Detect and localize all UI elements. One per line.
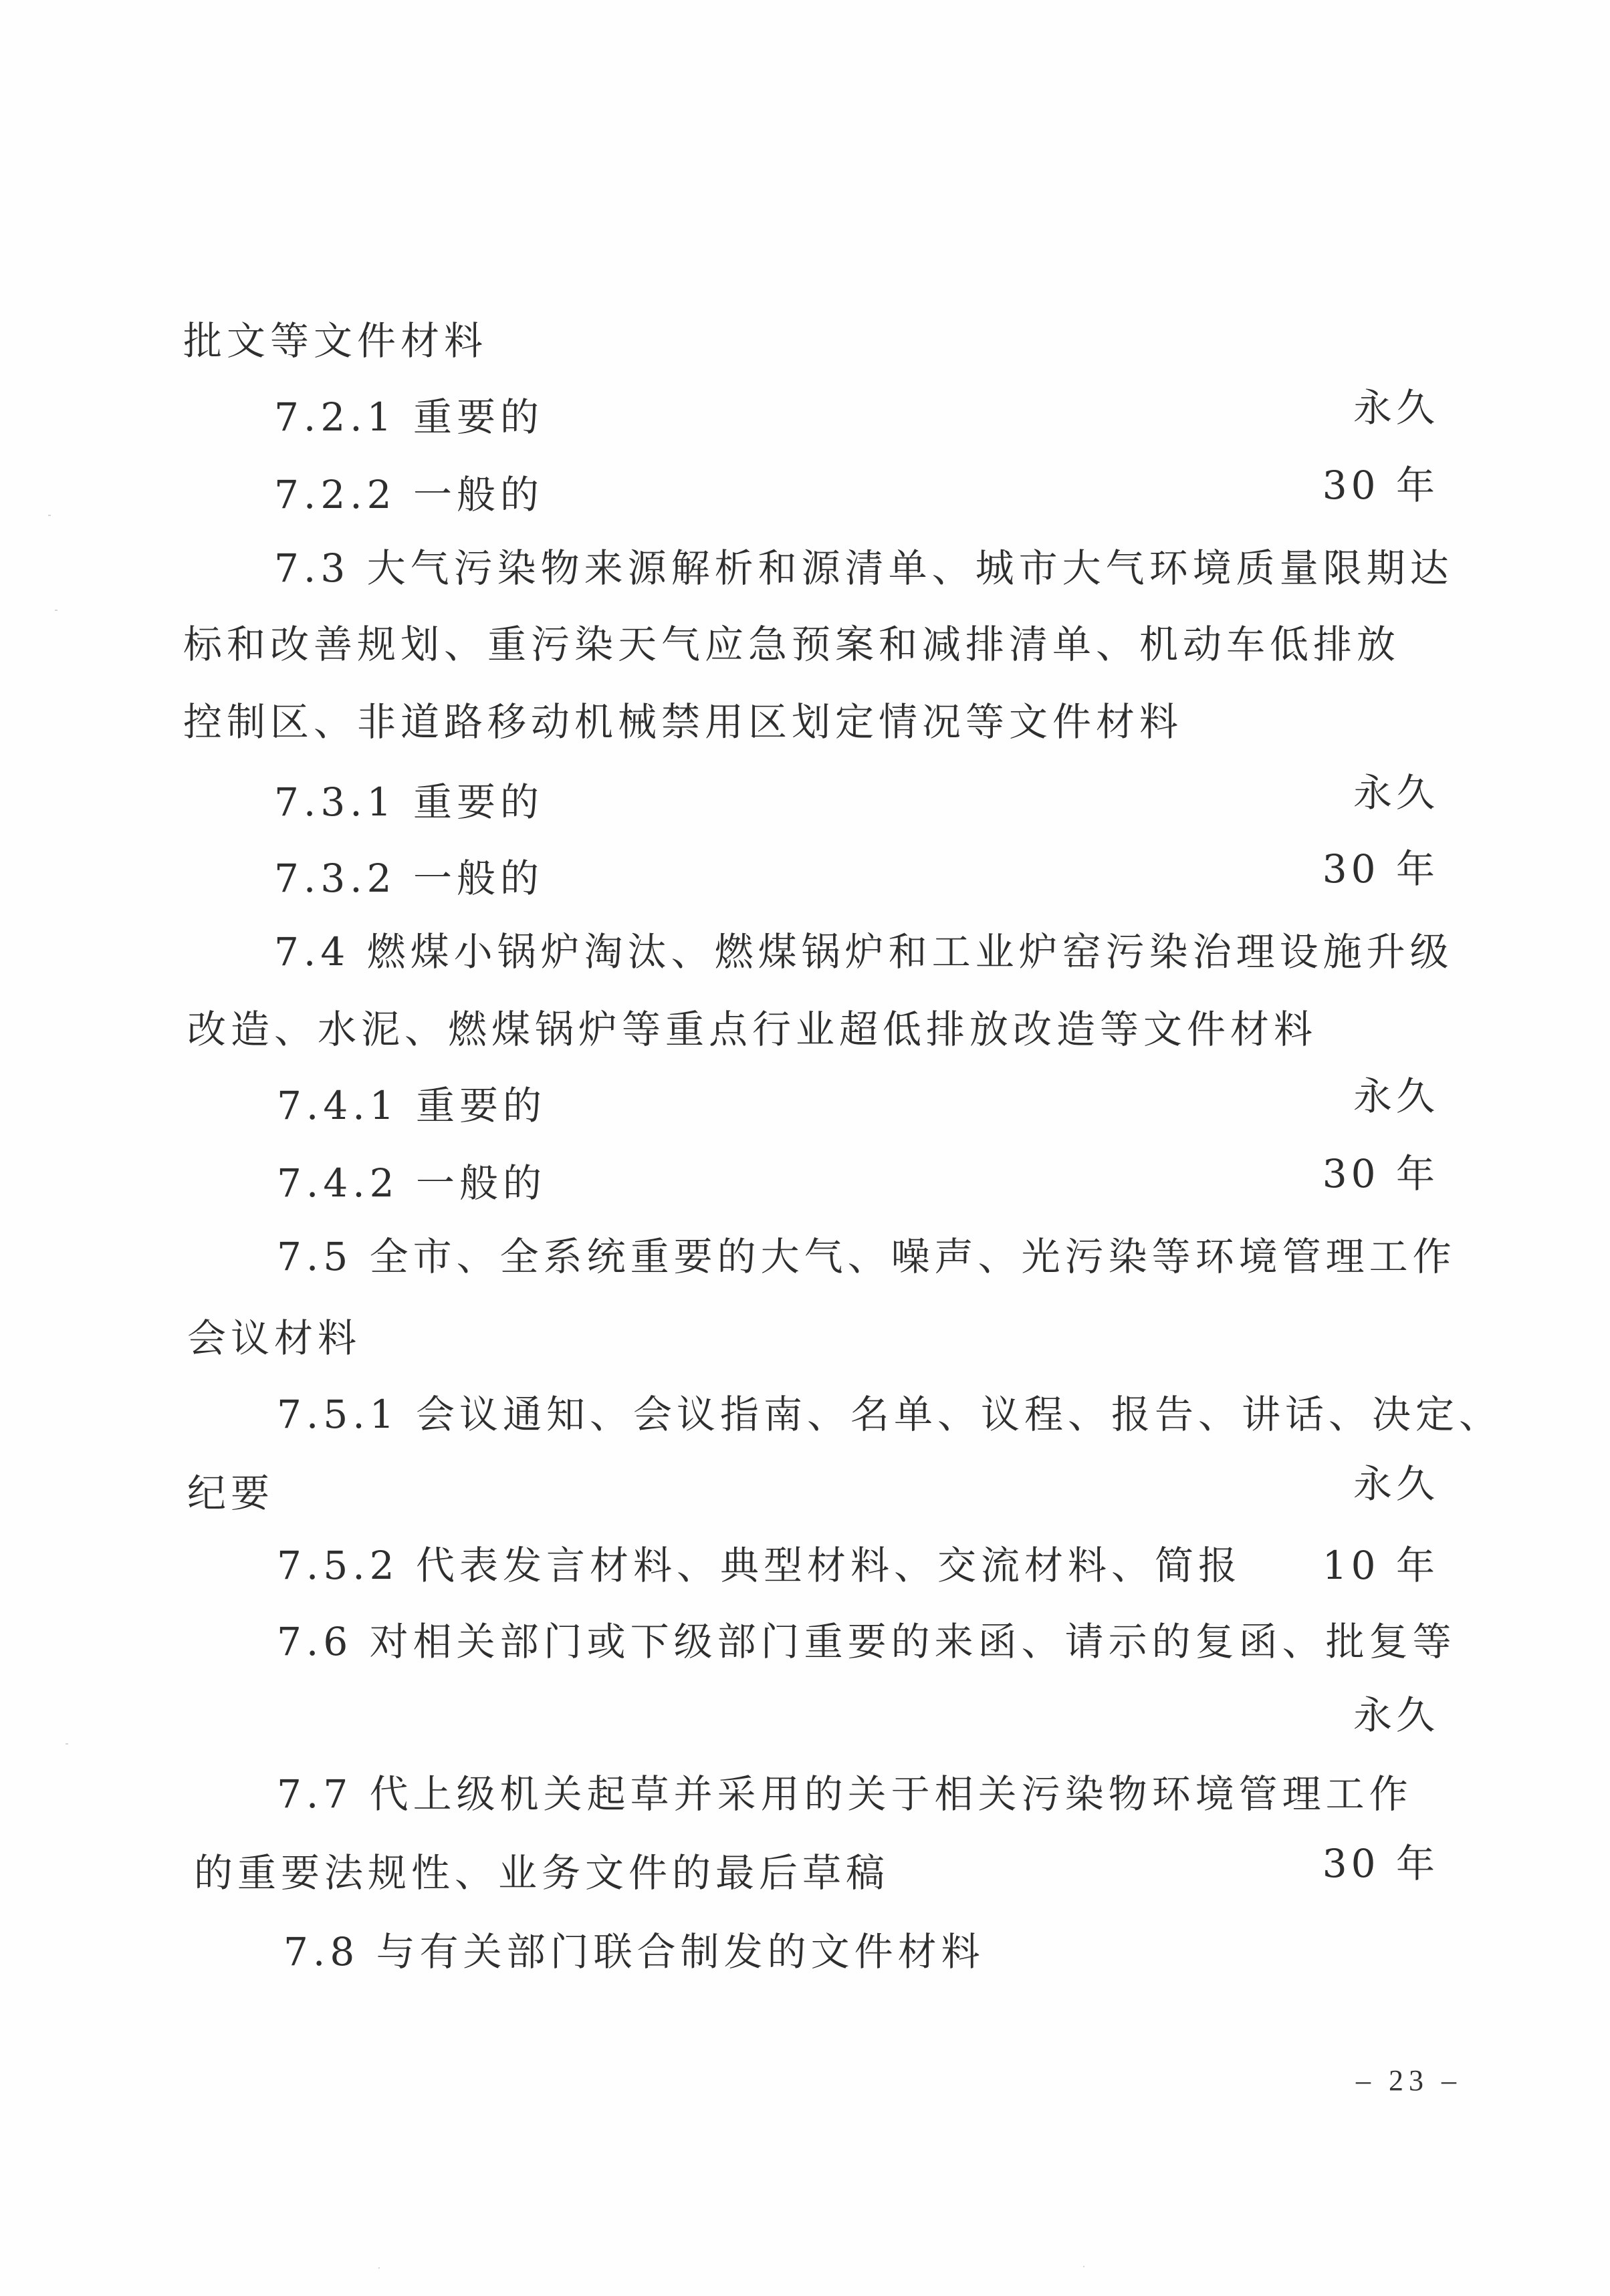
item-7-7-heading: 7.7 代上级机关起草并采用的关于相关污染物环境管理工作: [277, 1770, 1413, 1818]
item-7-8-heading: 7.8 与有关部门联合制发的文件材料: [283, 1928, 985, 1976]
retention-period: 永久: [1353, 1691, 1439, 1739]
retention-period: 10 年: [1322, 1541, 1439, 1589]
paragraph-line: 的重要法规性、业务文件的最后草稿: [194, 1849, 889, 1897]
item-7-4-2-label: 7.4.2 一般的: [277, 1159, 546, 1207]
scan-speck: [1083, 2266, 1084, 2267]
item-7-3-2-label: 7.3.2 一般的: [274, 854, 544, 902]
item-7-3-heading: 7.3 大气污染物来源解析和源清单、城市大气环境质量限期达: [274, 544, 1454, 592]
scan-speck: [48, 515, 51, 516]
retention-period: 30 年: [1322, 1150, 1439, 1198]
item-7-6-heading: 7.6 对相关部门或下级部门重要的来函、请示的复函、批复等: [277, 1618, 1456, 1666]
item-7-2-2-label: 7.2.2 一般的: [274, 471, 544, 519]
retention-period: 永久: [1353, 769, 1439, 817]
retention-period: 30 年: [1322, 1839, 1439, 1888]
scan-speck: [66, 1743, 68, 1745]
retention-period: 永久: [1353, 1460, 1439, 1508]
paragraph-line: 会议材料: [187, 1314, 361, 1362]
paragraph-line: 改造、水泥、燃煤锅炉等重点行业超低排放改造等文件材料: [187, 1005, 1317, 1053]
document-page: 批文等文件材料 7.2.1 重要的 永久 7.2.2 一般的 30 年 7.3 …: [0, 0, 1610, 2296]
retention-period: 30 年: [1322, 461, 1439, 509]
page-number: – 23 –: [1356, 2062, 1462, 2099]
item-7-5-heading: 7.5 全市、全系统重要的大气、噪声、光污染等环境管理工作: [277, 1233, 1456, 1281]
item-7-5-2-label: 7.5.2 代表发言材料、典型材料、交流材料、简报: [277, 1541, 1242, 1589]
retention-period: 永久: [1353, 384, 1439, 432]
paragraph-line: 标和改善规划、重污染天气应急预案和减排清单、机动车低排放: [183, 620, 1400, 668]
item-7-2-1-label: 7.2.1 重要的: [274, 393, 544, 441]
item-7-3-1-label: 7.3.1 重要的: [274, 778, 544, 826]
item-7-4-heading: 7.4 燃煤小锅炉淘汰、燃煤锅炉和工业炉窑污染治理设施升级: [274, 928, 1454, 976]
paragraph-line: 批文等文件材料: [183, 317, 487, 365]
paragraph-line: 纪要: [187, 1469, 274, 1517]
scan-speck: [55, 610, 57, 611]
retention-period: 永久: [1353, 1072, 1439, 1120]
paragraph-line: 控制区、非道路移动机械禁用区划定情况等文件材料: [183, 698, 1183, 746]
item-7-4-1-label: 7.4.1 重要的: [277, 1081, 546, 1130]
scan-speck: [378, 2267, 380, 2269]
item-7-5-1-label: 7.5.1 会议通知、会议指南、名单、议程、报告、讲话、决定、: [277, 1390, 1502, 1438]
retention-period: 30 年: [1322, 845, 1439, 893]
